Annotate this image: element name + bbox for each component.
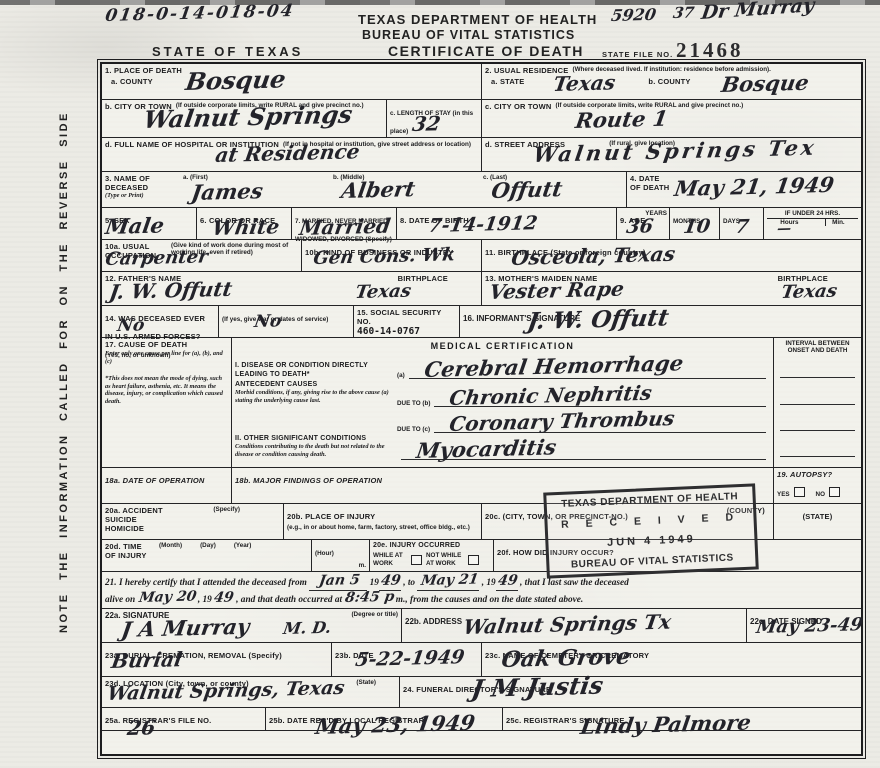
- label-cause-of-death: 17. CAUSE OF DEATH: [105, 340, 228, 349]
- value-burial-type: Burial: [110, 649, 183, 671]
- handwritten-number-2: 37: [672, 5, 695, 21]
- label-antecedent-causes: ANTECEDENT CAUSES: [235, 381, 397, 389]
- certificate-form: 1. PLACE OF DEATH a. COUNTY Bosque b. CI…: [100, 62, 863, 756]
- field-date-of-operation: 18a. DATE OF OPERATION: [102, 468, 232, 503]
- label-injury-month: (Month): [159, 542, 182, 549]
- label-injury-occurred: 20e. INJURY OCCURRED: [373, 542, 490, 550]
- field-burial-date: 23b. DATE 5-22-1949: [332, 643, 482, 676]
- certify-19c: , 19: [198, 595, 212, 605]
- value-mother: Vester Rape: [488, 279, 625, 302]
- value-physician-signature: J A Murray: [120, 616, 251, 640]
- value-cause-a: Cerebral Hemorrhage: [423, 352, 685, 380]
- field-informants-signature: 16. INFORMANT'S SIGNATURE J. W. Offutt: [460, 306, 861, 337]
- value-cause-c: Coronary Thrombus: [448, 408, 676, 434]
- value-burial-date: 5-22-1949: [354, 648, 466, 670]
- label-degree-or-title: (Degree or title): [351, 611, 398, 621]
- field-place-of-injury: 20b. PLACE OF INJURY (e.g., in or about …: [284, 504, 482, 539]
- reverse-side-note: NOTE THE INFORMATION CALLED FOR ON THE R…: [58, 88, 70, 633]
- value-institution: at Residence: [214, 141, 361, 165]
- label-injury-hour: (Hour): [315, 550, 334, 557]
- state-of-texas: STATE OF TEXAS: [152, 44, 303, 59]
- field-kind-of-business: 10b. KIND OF BUSINESS OR INDUSTRY Gen Co…: [302, 240, 482, 271]
- field-date-of-death: 4. DATE OF DEATH May 21, 1949: [627, 172, 861, 207]
- field-physician-signature: 22a. SIGNATURE (Degree or title) J A Mur…: [102, 609, 402, 642]
- field-certification-statement: 21. I hereby certify that I attended the…: [102, 572, 861, 608]
- value-age-months: 10: [682, 217, 711, 237]
- certify-text-1: 21. I hereby certify that I attended the…: [105, 578, 307, 588]
- field-burial-location: 23d. LOCATION (City, town, or county) (S…: [102, 677, 400, 707]
- label-res-city: c. CITY OR TOWN: [485, 102, 551, 111]
- field-autopsy: 19. AUTOPSY? YES NO: [774, 468, 861, 503]
- row-burial: 23a. BURIAL, CREMATION, REMOVAL (Specify…: [102, 643, 861, 677]
- value-length-of-stay: 32: [411, 113, 442, 134]
- label-injury-day: (Day): [200, 542, 216, 549]
- field-age-years: 9. AGE YEARS 36: [617, 208, 670, 239]
- value-ssn: 460-14-0767: [357, 326, 456, 337]
- label-res-county: b. COUNTY: [648, 77, 690, 86]
- row-parents: 12. FATHER'S NAME BIRTHPLACE J. W. Offut…: [102, 272, 861, 306]
- field-age-months: MONTHS 10: [670, 208, 720, 239]
- value-attended-to: May 21: [420, 573, 479, 588]
- label-county: a. COUNTY: [111, 77, 478, 86]
- label-autopsy: 19. AUTOPSY?: [777, 470, 858, 479]
- label-disease-leading-to-death: I. DISEASE OR CONDITION DIRECTLY LEADING…: [235, 362, 397, 379]
- value-date-of-death: May 21, 1949: [673, 174, 836, 199]
- stamp-line-agency: TEXAS DEPARTMENT OF HEALTH: [549, 491, 751, 511]
- bureau-title: BUREAU OF VITAL STATISTICS: [362, 28, 575, 42]
- value-death-time: 8:45 p: [344, 590, 395, 605]
- certify-19a: 19: [370, 578, 379, 588]
- label-min: Min.: [825, 219, 845, 226]
- field-fathers-name: 12. FATHER'S NAME BIRTHPLACE J. W. Offut…: [102, 272, 482, 305]
- value-residence-city: Route 1: [574, 108, 669, 131]
- value-armed-forces-1: No: [116, 317, 146, 335]
- value-last-name: Offutt: [490, 178, 564, 201]
- certify-text-4: , and that death occurred at: [236, 595, 342, 605]
- field-registrar-signature: 25c. REGISTRAR'S SIGNATURE Lindy Palmore: [503, 708, 861, 730]
- field-age-under-24: IF UNDER 24 HRS. Hours Min. —: [764, 208, 861, 239]
- value-attended-to-year: 49: [497, 573, 519, 588]
- label-accident-suicide-homicide: 20a. ACCIDENT SUICIDE HOMICIDE: [105, 506, 165, 533]
- field-social-security-no: 15. SOCIAL SECURITY NO. 460-14-0767: [354, 306, 460, 337]
- interval-line-d: [780, 455, 855, 457]
- field-date-of-birth: 8. DATE OF BIRTH 7-14-1912: [397, 208, 617, 239]
- field-cause-of-death-note: 17. CAUSE OF DEATH Enter only one cause …: [102, 338, 232, 467]
- value-city-of-death: Walnut Springs: [142, 103, 354, 132]
- field-registrar-file-no: 25a. REGISTRAR'S FILE NO. 26: [102, 708, 266, 730]
- field-place-of-death: 1. PLACE OF DEATH a. COUNTY Bosque b. CI…: [102, 64, 482, 171]
- value-last-seen-year: 49: [213, 591, 235, 606]
- label-autopsy-yes: YES: [777, 491, 790, 498]
- while-at-work-checkbox: [411, 555, 422, 565]
- row-service-ssn-informant: 14. WAS DECEASED EVER IN U.S. ARMED FORC…: [102, 306, 861, 338]
- label-injury-year: (Year): [234, 542, 252, 549]
- field-usual-residence: 2. USUAL RESIDENCE(Where deceased lived.…: [482, 64, 861, 171]
- value-registrar-file-no: 26: [126, 717, 157, 738]
- value-informant-signature: J. W. Offutt: [526, 306, 670, 333]
- value-date-signed: May 23-49: [755, 616, 864, 637]
- value-sex: Male: [104, 214, 166, 237]
- row-demographics: 5. SEX Male 6. COLOR OR RACE White 7. MA…: [102, 208, 861, 240]
- label-medical-certification: MEDICAL CERTIFICATION: [235, 341, 770, 351]
- row-place-residence: 1. PLACE OF DEATH a. COUNTY Bosque b. CI…: [102, 64, 861, 172]
- value-cemetery: Oak Grove: [500, 646, 632, 671]
- stamp-line-received: R E C E I V E D: [549, 510, 751, 531]
- label-injury-m: m.: [359, 562, 366, 569]
- value-cause-b: Chronic Nephritis: [448, 383, 653, 408]
- value-under-24: —: [776, 222, 792, 236]
- certify-text-3: alive on: [105, 595, 135, 605]
- label-injury-state: (STATE): [777, 512, 858, 521]
- value-date-of-birth: 7-14-1912: [427, 214, 539, 236]
- value-age-days: 7: [734, 218, 750, 237]
- label-autopsy-no: NO: [816, 491, 825, 498]
- field-funeral-director: 24. FUNERAL DIRECTOR'S SIGNATURE J M Jus…: [400, 677, 861, 707]
- certify-text-5: m., from the causes and on the date stat…: [396, 595, 583, 605]
- death-certificate-scan: 018-0-14-018-04 TEXAS DEPARTMENT OF HEAL…: [0, 0, 880, 768]
- label-time-of-injury: 20d. TIME OF INJURY: [105, 542, 147, 560]
- field-marital-status: 7. MARRIED, NEVER MARRIED, WIDOWED, DIVO…: [292, 208, 397, 239]
- value-physician-degree: M. D.: [282, 620, 332, 637]
- label-cause-a: (a): [397, 372, 405, 379]
- certify-to: , to: [403, 578, 415, 588]
- field-accident-suicide-homicide: 20a. ACCIDENT SUICIDE HOMICIDE (Specify): [102, 504, 284, 539]
- value-mother-birthplace: Texas: [780, 283, 838, 302]
- value-last-seen-alive: May 20: [138, 590, 197, 605]
- field-sex: 5. SEX Male: [102, 208, 197, 239]
- value-birthplace: Osceola, Texas: [510, 244, 677, 268]
- value-first-name: James: [190, 180, 264, 203]
- value-residence-street: Walnut Springs Tex: [532, 137, 818, 165]
- value-county-of-death: Bosque: [184, 67, 287, 94]
- label-interval: INTERVAL BETWEEN ONSET AND DEATH: [777, 340, 858, 354]
- not-while-at-work-checkbox: [468, 555, 479, 565]
- label-cause-footnote: *This does not mean the mode of dying, s…: [105, 375, 228, 405]
- field-injury-state: (STATE): [774, 504, 861, 539]
- field-mothers-maiden-name: 13. MOTHER'S MAIDEN NAME BIRTHPLACE Vest…: [482, 272, 861, 305]
- value-physician-address: Walnut Springs Tx: [462, 612, 673, 637]
- field-physician-address: 22b. ADDRESS Walnut Springs Tx: [402, 609, 747, 642]
- label-place-of-injury: 20b. PLACE OF INJURY: [287, 512, 375, 521]
- certify-19b: , 19: [482, 578, 496, 588]
- label-cause-instruction: Enter only one cause per line for (a), (…: [105, 350, 228, 365]
- handwritten-file-code: 018-0-14-018-04: [104, 3, 296, 25]
- value-marital: Married: [298, 216, 392, 238]
- field-medical-certification: MEDICAL CERTIFICATION I. DISEASE OR COND…: [232, 338, 774, 467]
- field-burial-type: 23a. BURIAL, CREMATION, REMOVAL (Specify…: [102, 643, 332, 676]
- label-address: 22b. ADDRESS: [405, 617, 462, 626]
- label-major-findings: 18b. MAJOR FINDINGS OF OPERATION: [235, 476, 382, 485]
- row-registrar: 25a. REGISTRAR'S FILE NO. 26 25b. DATE R…: [102, 708, 861, 731]
- state-file-number: 21468: [676, 38, 744, 63]
- field-name-of-deceased: 3. NAME OF DECEASED (Type or Print) a. (…: [102, 172, 627, 207]
- autopsy-yes-checkbox: [794, 487, 805, 497]
- label-other-conditions-note: Conditions contributing to the death but…: [235, 443, 397, 458]
- label-while-at-work: WHILE AT WORK: [373, 552, 407, 566]
- label-social-security: 15. SOCIAL SECURITY NO.: [357, 308, 456, 326]
- handwritten-number: 5920: [610, 7, 657, 24]
- label-name-of-deceased: 3. NAME OF DECEASED: [105, 174, 183, 192]
- value-age-years: 36: [625, 217, 654, 237]
- interval-line-b: [780, 403, 855, 405]
- value-attended-from-year: 49: [380, 573, 402, 588]
- field-armed-forces: 14. WAS DECEASED EVER IN U.S. ARMED FORC…: [102, 306, 354, 337]
- interval-line-a: [780, 376, 855, 378]
- field-birthplace: 11. BIRTHPLACE (State or foreign country…: [482, 240, 861, 271]
- certificate-title: CERTIFICATE OF DEATH: [388, 43, 584, 59]
- value-occupation: Carpenter: [104, 248, 209, 269]
- value-middle-name: Albert: [340, 178, 417, 201]
- row-cause-of-death: 17. CAUSE OF DEATH Enter only one cause …: [102, 338, 861, 468]
- stamp-line-bureau: BUREAU OF VITAL STATISTICS: [551, 552, 753, 572]
- field-injury-occurred: 20e. INJURY OCCURRED WHILE AT WORK NOT W…: [370, 540, 494, 571]
- field-usual-occupation: 10a. USUAL OCCUPATION(Give kind of work …: [102, 240, 302, 271]
- agency-title: TEXAS DEPARTMENT OF HEALTH: [358, 12, 597, 27]
- received-stamp: TEXAS DEPARTMENT OF HEALTH R E C E I V E…: [543, 483, 759, 578]
- field-injury-hour: (Hour) m.: [312, 540, 370, 571]
- value-registrar-signature: Lindy Palmore: [579, 712, 753, 737]
- row-name-dod: 3. NAME OF DECEASED (Type or Print) a. (…: [102, 172, 861, 208]
- stamp-line-date: JUN 4 1949: [550, 531, 752, 552]
- label-burial-location-state: (State): [356, 679, 376, 688]
- row-certification: 21. I hereby certify that I attended the…: [102, 572, 861, 609]
- label-not-while-at-work: NOT WHILE AT WORK: [426, 552, 464, 566]
- value-residence-county: Bosque: [720, 72, 810, 95]
- value-armed-forces-2: No: [253, 313, 283, 331]
- interval-line-c: [780, 429, 855, 431]
- value-father-birthplace: Texas: [354, 283, 412, 302]
- field-color-or-race: 6. COLOR OR RACE White: [197, 208, 292, 239]
- field-age-days: DAYS 7: [720, 208, 764, 239]
- label-res-state: a. STATE: [491, 77, 524, 86]
- field-date-received: 25b. DATE REC'D BY LOCAL REGISTRAR May 2…: [266, 708, 503, 730]
- label-other-significant-conditions: II. OTHER SIGNIFICANT CONDITIONS: [235, 435, 397, 443]
- value-other-conditions: Myocarditis: [415, 436, 558, 461]
- field-cemetery-name: 23c. NAME OF CEMETERY OR CREMATORY Oak G…: [482, 643, 861, 676]
- row-location-director: 23d. LOCATION (City, town, or county) (S…: [102, 677, 861, 708]
- certify-text-2: , that I last saw the deceased: [520, 578, 629, 588]
- label-place-of-injury-note: (e.g., in or about home, farm, factory, …: [287, 524, 478, 531]
- label-date-of-death: 4. DATE OF DEATH: [630, 174, 670, 192]
- value-race: White: [211, 216, 281, 238]
- value-funeral-director: J M Justis: [470, 674, 605, 701]
- value-industry: Gen Cons. Wk: [312, 246, 456, 268]
- label-date-of-operation: 18a. DATE OF OPERATION: [105, 476, 205, 485]
- value-burial-location: Walnut Springs, Texas: [106, 679, 346, 704]
- field-date-signed: 22c. DATE SIGNED May 23-49: [747, 609, 861, 642]
- value-attended-from: Jan 5: [318, 573, 361, 588]
- autopsy-no-checkbox: [829, 487, 840, 497]
- field-interval-onset-death: INTERVAL BETWEEN ONSET AND DEATH: [774, 338, 861, 467]
- label-antecedent-note: Morbid conditions, if any, giving rise t…: [235, 389, 397, 404]
- row-physician: 22a. SIGNATURE (Degree or title) J A Mur…: [102, 609, 861, 643]
- label-registrar-file-no: 25a. REGISTRAR'S FILE NO.: [105, 716, 211, 725]
- label-specify: (Specify): [213, 506, 240, 513]
- label-place-of-death: 1. PLACE OF DEATH: [105, 66, 478, 75]
- label-due-to-b: DUE TO (b): [397, 400, 430, 407]
- label-due-to-c: DUE TO (c): [397, 426, 430, 433]
- label-type-or-print: (Type or Print): [105, 192, 183, 200]
- value-father: J. W. Offutt: [108, 279, 234, 302]
- field-time-of-injury: 20d. TIME OF INJURY (Month) (Day) (Year): [102, 540, 312, 571]
- handwritten-signature-top: Dr Murray: [700, 0, 815, 23]
- label-if-under-24: IF UNDER 24 HRS.: [767, 210, 858, 217]
- value-date-received: May 23, 1949: [314, 712, 477, 737]
- value-residence-state: Texas: [552, 72, 617, 94]
- state-file-no-label: STATE FILE NO.: [602, 50, 673, 59]
- row-occupation: 10a. USUAL OCCUPATION(Give kind of work …: [102, 240, 861, 272]
